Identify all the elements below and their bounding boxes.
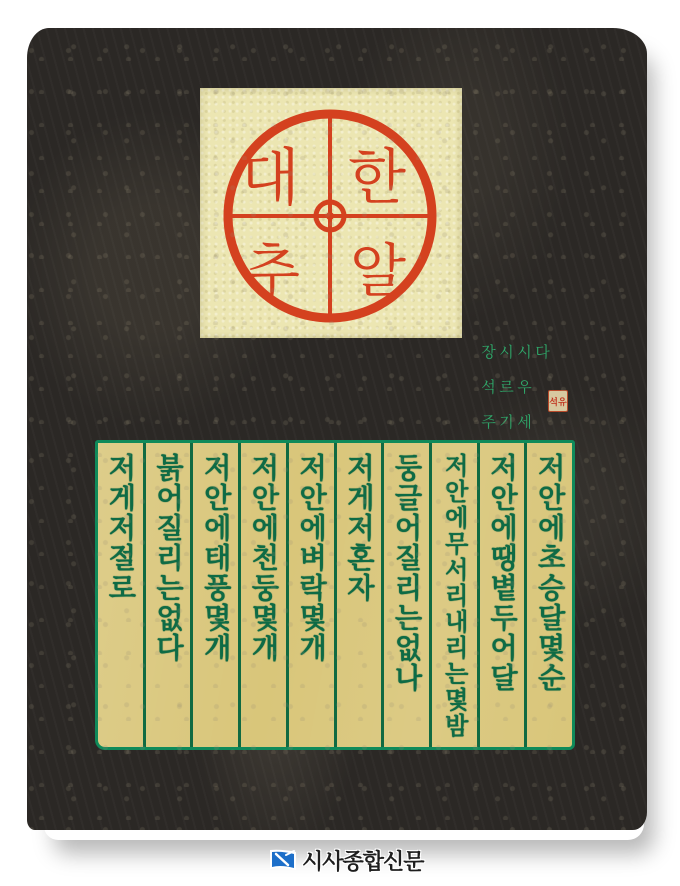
poem-column: 저안에태풍몇개 — [190, 443, 238, 747]
poem-column: 저안에무서리내리는몇밤 — [429, 443, 477, 747]
poem-column: 저게저절로 — [98, 443, 143, 747]
signature-col-2: 시 우 세 — [516, 344, 531, 430]
poem-line-3: 저안에무서리내리는몇밤 — [442, 453, 466, 747]
poem-line-10: 저게저절로 — [106, 453, 134, 747]
poem-line-1: 저안에초승달몇순 — [536, 453, 564, 747]
artist-signature: 다 시 우 세 시 르 기 장 석 주 석유 — [476, 340, 566, 430]
seal-char-top-right: 한 — [348, 130, 406, 216]
poem-line-6: 저안에벼락몇개 — [297, 453, 325, 747]
poem-line-4: 둥글어질리는없나 — [393, 453, 421, 747]
seal-char-top-left: 대 — [240, 128, 300, 217]
poem-line-8: 저안에태풍몇개 — [202, 453, 230, 747]
poem-column: 저게저혼자 — [334, 443, 382, 747]
book-logo-icon — [268, 847, 298, 873]
signature-col-3: 시 르 기 — [498, 344, 513, 430]
poem-panel: 저게저절로 붉어질리는없다 저안에태풍몇개 저안에천둥몇개 저안에벼락몇개 저게… — [95, 440, 575, 750]
poem-column: 둥글어질리는없나 — [381, 443, 429, 747]
poem-column: 저안에땡볕두어달 — [477, 443, 525, 747]
slate-board: 대 추 한 알 다 시 우 세 시 르 기 장 석 주 석유 저게저절로 붉어질… — [27, 28, 647, 830]
news-watermark: 시사종합신문 — [268, 845, 424, 875]
poem-line-7: 저안에천둥몇개 — [249, 453, 277, 747]
poem-column: 저안에초승달몇순 — [524, 443, 572, 747]
signature-stamp: 석유 — [548, 390, 568, 412]
poem-column: 저안에벼락몇개 — [286, 443, 334, 747]
seal-tile: 대 추 한 알 — [200, 88, 462, 338]
signature-col-1: 다 — [534, 344, 549, 360]
poem-line-2: 저안에땡볕두어달 — [488, 453, 516, 747]
seal-char-bottom-left: 추 — [244, 224, 300, 308]
signature-col-4: 장 석 주 — [480, 344, 495, 430]
poem-column: 붉어질리는없다 — [143, 443, 191, 747]
poem-column: 저안에천둥몇개 — [238, 443, 286, 747]
poem-line-5: 저게저혼자 — [345, 453, 373, 747]
seal-char-bottom-right: 알 — [350, 224, 406, 308]
poem-line-9: 붉어질리는없다 — [154, 453, 182, 747]
watermark-text: 시사종합신문 — [302, 845, 424, 876]
